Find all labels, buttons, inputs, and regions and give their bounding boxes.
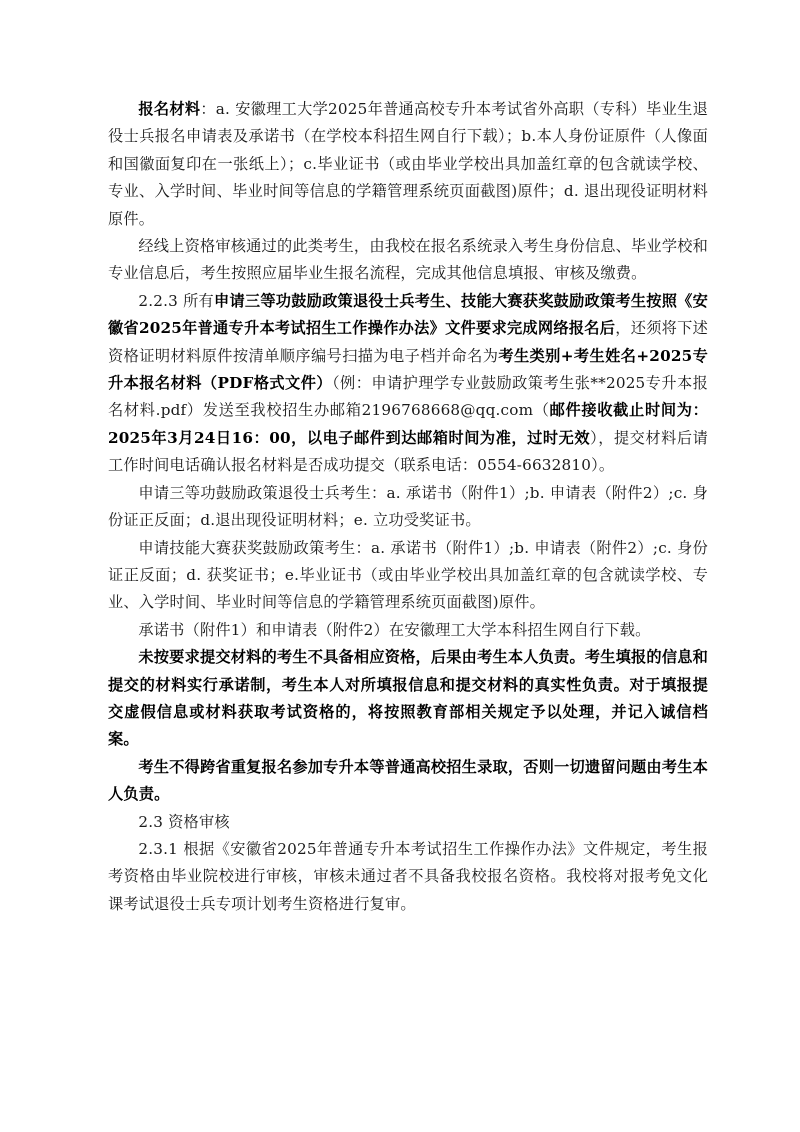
- warning-cross-province-text: 考生不得跨省重复报名参加专升本等普通高校招生录取，否则一切遗留问题由考生本人负责…: [108, 758, 708, 803]
- materials-label: 报名材料: [138, 100, 200, 118]
- skills-competition-text: 申请技能大赛获奖鼓励政策考生：a. 承诺书（附件1）;b. 申请表（附件2）;c…: [108, 539, 708, 612]
- merit-veterans-text: 申请三等功鼓励政策退役士兵考生：a. 承诺书（附件1）;b. 申请表（附件2）;…: [108, 484, 708, 529]
- paragraph-online-review: 经线上资格审核通过的此类考生，由我校在报名系统录入考生身份信息、毕业学校和专业信…: [108, 233, 708, 288]
- paragraph-section-2-2-3: 2.2.3 所有申请三等功鼓励政策退役士兵考生、技能大赛获奖鼓励政策考生按照《安…: [108, 288, 708, 480]
- section-2-2-3-lead: 2.2.3 所有: [138, 292, 214, 310]
- warning-integrity-text: 未按要求提交材料的考生不具备相应资格，后果由考生本人负责。考生填报的信息和提交的…: [108, 648, 708, 748]
- section-2-3-title: 2.3 资格审核: [138, 813, 229, 831]
- document-page: 报名材料：a. 安徽理工大学2025年普通高校专升本考试省外高职（专科）毕业生退…: [108, 96, 708, 918]
- paragraph-materials: 报名材料：a. 安徽理工大学2025年普通高校专升本考试省外高职（专科）毕业生退…: [108, 96, 708, 233]
- paragraph-skills-competition: 申请技能大赛获奖鼓励政策考生：a. 承诺书（附件1）;b. 申请表（附件2）;c…: [108, 535, 708, 617]
- paragraph-warning-integrity: 未按要求提交材料的考生不具备相应资格，后果由考生本人负责。考生填报的信息和提交的…: [108, 644, 708, 754]
- online-review-text: 经线上资格审核通过的此类考生，由我校在报名系统录入考生身份信息、毕业学校和专业信…: [108, 237, 708, 282]
- paragraph-warning-cross-province: 考生不得跨省重复报名参加专升本等普通高校招生录取，否则一切遗留问题由考生本人负责…: [108, 754, 708, 809]
- section-2-3-1-text: 2.3.1 根据《安徽省2025年普通专升本考试招生工作操作办法》文件规定，考生…: [108, 840, 708, 913]
- materials-text: ：a. 安徽理工大学2025年普通高校专升本考试省外高职（专科）毕业生退役士兵报…: [108, 100, 708, 228]
- download-note-text: 承诺书（附件1）和申请表（附件2）在安徽理工大学本科招生网自行下载。: [138, 621, 650, 639]
- heading-section-2-3: 2.3 资格审核: [108, 809, 708, 836]
- paragraph-download-note: 承诺书（附件1）和申请表（附件2）在安徽理工大学本科招生网自行下载。: [108, 617, 708, 644]
- paragraph-merit-veterans: 申请三等功鼓励政策退役士兵考生：a. 承诺书（附件1）;b. 申请表（附件2）;…: [108, 480, 708, 535]
- paragraph-section-2-3-1: 2.3.1 根据《安徽省2025年普通专升本考试招生工作操作办法》文件规定，考生…: [108, 836, 708, 918]
